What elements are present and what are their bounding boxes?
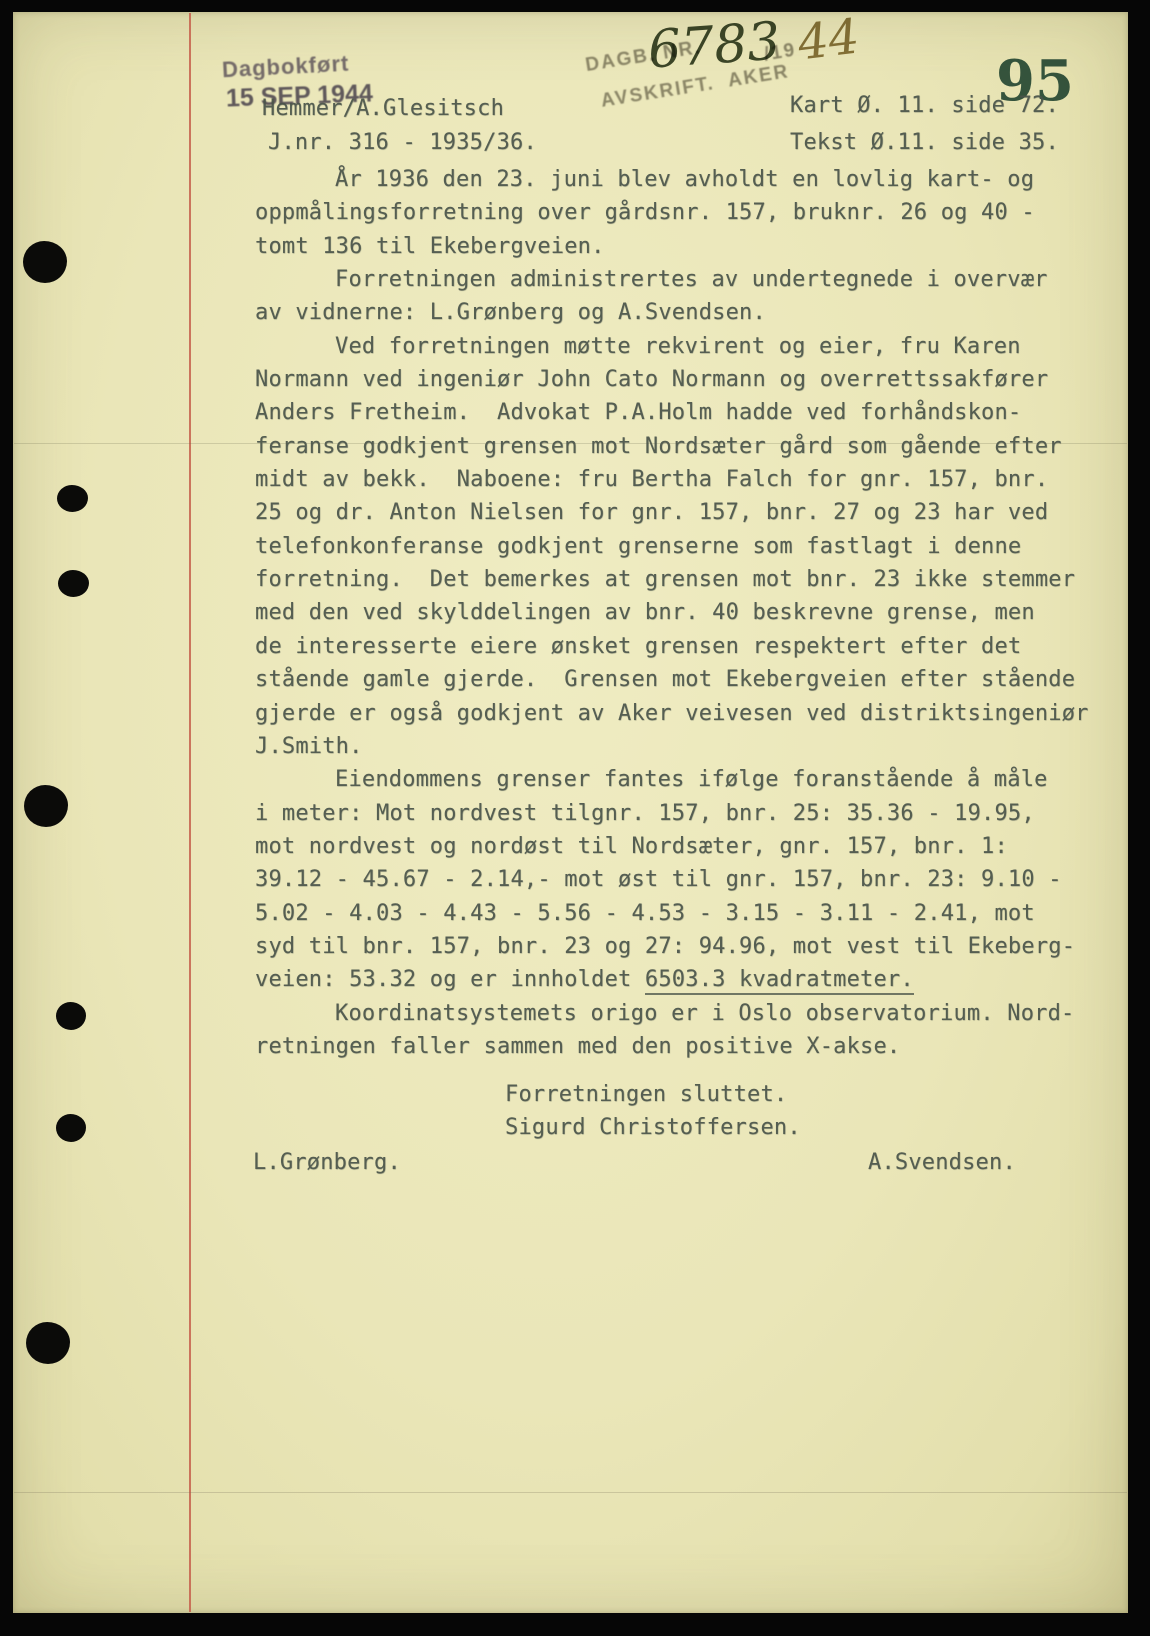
closing-line-2: Sigurd Christoffersen.	[505, 1115, 801, 1140]
header-ref-line-1: Hemmer/A.Glesitsch	[262, 96, 504, 121]
area-line-prefix: veien: 53.32 og er innholdet	[255, 967, 645, 992]
body-line: 39.12 - 45.67 - 2.14,- mot øst til gnr. …	[255, 863, 1089, 896]
area-underlined-value: 6503.3 kvadratmeter.	[645, 967, 914, 995]
body-line: Ved forretningen møtte rekvirent og eier…	[255, 330, 1089, 363]
header-ref-line-2: J.nr. 316 - 1935/36.	[268, 130, 537, 155]
body-line: Normann ved ingeniør John Cato Normann o…	[255, 363, 1089, 396]
body-line: av vidnerne: L.Grønberg og A.Svendsen.	[255, 296, 1089, 329]
body-line: Eiendommens grenser fantes ifølge forans…	[255, 763, 1089, 796]
body-line: oppmålingsforretning over gårdsnr. 157, …	[255, 196, 1089, 229]
signature-left: L.Grønberg.	[253, 1150, 401, 1175]
hole-punch	[56, 1002, 86, 1030]
body-line: feranse godkjent grensen mot Nordsæter g…	[255, 430, 1089, 463]
hole-punch	[56, 1114, 86, 1142]
hole-punch	[57, 485, 88, 512]
body-line: syd til bnr. 157, bnr. 23 og 27: 94.96, …	[255, 930, 1089, 963]
hole-punch	[26, 1322, 70, 1364]
hole-punch	[23, 241, 67, 283]
body-line: med den ved skylddelingen av bnr. 40 bes…	[255, 596, 1089, 629]
signature-right: A.Svendsen.	[868, 1150, 1016, 1175]
body-text: År 1936 den 23. juni blev avholdt en lov…	[255, 163, 1089, 1063]
body-line: tomt 136 til Ekebergveien.	[255, 230, 1089, 263]
closing-line-1: Forretningen sluttet.	[505, 1082, 787, 1107]
body-line: stående gamle gjerde. Grensen mot Ekeber…	[255, 663, 1089, 696]
body-line: retningen faller sammen med den positive…	[255, 1030, 1089, 1063]
body-line: Koordinatsystemets origo er i Oslo obser…	[255, 997, 1089, 1030]
body-line: mot nordvest og nordøst til Nordsæter, g…	[255, 830, 1089, 863]
crease-line	[14, 1492, 1127, 1493]
header-tekst-line: Tekst Ø.11. side 35.	[790, 130, 1059, 155]
body-line: År 1936 den 23. juni blev avholdt en lov…	[255, 163, 1089, 196]
body-line: de interesserte eiere ønsket grensen res…	[255, 630, 1089, 663]
body-line: 5.02 - 4.03 - 4.43 - 5.56 - 4.53 - 3.15 …	[255, 897, 1089, 930]
body-line: 25 og dr. Anton Nielsen for gnr. 157, bn…	[255, 496, 1089, 529]
hole-punch	[58, 570, 89, 597]
body-line-area: veien: 53.32 og er innholdet 6503.3 kvad…	[255, 963, 1089, 996]
body-line: i meter: Mot nordvest tilgnr. 157, bnr. …	[255, 797, 1089, 830]
body-line: Anders Fretheim. Advokat P.A.Holm hadde …	[255, 396, 1089, 429]
handwritten-year: 44	[795, 8, 862, 71]
handwritten-journal-number: 6783	[646, 11, 782, 80]
body-line: J.Smith.	[255, 730, 1089, 763]
hole-punch	[24, 785, 68, 827]
red-margin-line	[189, 13, 191, 1612]
body-line: gjerde er også godkjent av Aker veivesen…	[255, 697, 1089, 730]
header-kart-line: Kart Ø. 11. side 72.	[790, 93, 1059, 118]
body-line: telefonkonferanse godkjent grenserne som…	[255, 530, 1089, 563]
body-line: forretning. Det bemerkes at grensen mot …	[255, 563, 1089, 596]
body-line: midt av bekk. Naboene: fru Bertha Falch …	[255, 463, 1089, 496]
body-line: Forretningen administrertes av undertegn…	[255, 263, 1089, 296]
scan-background: Dagbokført 15 SEP 1944 DAGB. NR. /19 AVS…	[0, 0, 1150, 1636]
